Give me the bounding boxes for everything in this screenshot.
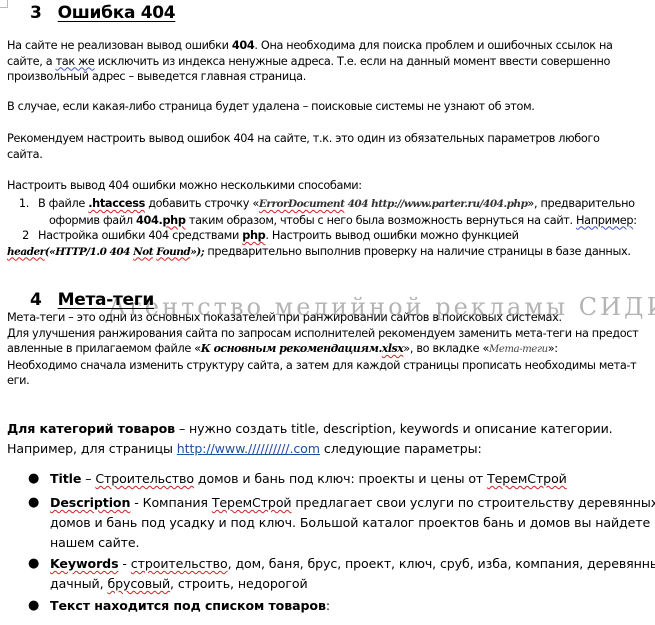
text: - Компания — [130, 495, 211, 510]
spellcheck-word[interactable]: ТеремСтрой — [212, 495, 292, 510]
text: предлагает свои услуги по строительству … — [292, 495, 655, 510]
text-bold[interactable]: Description — [50, 495, 130, 510]
text: Необходимо сначала изменить структуру са… — [7, 359, 636, 372]
text: , дом, баня, брус, проект, ключ, сруб, и… — [228, 556, 655, 571]
text: произвольный адрес – выведется главная с… — [7, 70, 306, 83]
bullet-icon: ● — [28, 471, 39, 486]
text: , строить, недорогой — [170, 576, 308, 591]
text-bold: 404. — [136, 214, 162, 227]
text: авленные в прилагаемом файле « — [7, 342, 201, 355]
code-text[interactable]: Not — [133, 246, 153, 258]
text: домов и бань под ключ: проекты и цены от — [194, 471, 487, 486]
bullet-icon: ● — [28, 598, 39, 613]
bullet-icon: ● — [28, 495, 39, 510]
text-bold: Title — [50, 471, 81, 486]
heading-title: Ошибка 404 — [58, 3, 176, 23]
text-bold: Для категорий товаров — [7, 421, 175, 436]
paragraph: На сайте не реализован вывод ошибки 404.… — [7, 38, 613, 85]
list-item: 1.В файле .htaccess добавить строчку «Er… — [0, 196, 637, 228]
text: На сайте не реализован вывод ошибки — [7, 39, 232, 52]
spellcheck-word[interactable]: ТеремСтрой — [487, 471, 567, 486]
code-text[interactable]: Found — [156, 246, 190, 258]
text: исключить из индекса ненужные адреса. Т.… — [95, 55, 611, 68]
text: домов и бань под усадку и под ключ. Боль… — [50, 515, 655, 530]
text: Рекомендуем настроить вывод ошибок 404 н… — [7, 132, 600, 145]
categories-paragraph: Для категорий товаров – нужно создать ti… — [7, 419, 613, 459]
text: », во вкладке « — [403, 342, 489, 355]
filename-ext[interactable]: xlsx — [382, 342, 404, 355]
spellcheck-word[interactable]: брусовый — [107, 576, 170, 591]
paragraph: Мета-теги – это одни из основных показат… — [7, 310, 638, 389]
text: нашем сайте. — [50, 535, 139, 550]
text: дачный, — [50, 576, 107, 591]
text: », предварительно — [527, 197, 634, 210]
heading-title: Мета-теги — [58, 290, 154, 310]
text: . Она необходима для поиска проблем и ош… — [254, 39, 612, 52]
text: предварительно выполнив проверку на нали… — [204, 245, 630, 258]
code-text[interactable]: header — [7, 246, 45, 258]
text: »: — [548, 342, 558, 355]
grammar-marked-word[interactable]: так же — [56, 55, 95, 68]
text: В файле — [38, 197, 88, 210]
text: оформив файл — [49, 214, 136, 227]
numbered-list: 1.В файле .htaccess добавить строчку «Er… — [0, 196, 637, 260]
list-marker: 1. — [0, 196, 38, 212]
list-item-keywords: Keywords - строительство, дом, баня, бру… — [50, 554, 655, 594]
list-item: 2Настройка ошибки 404 средствами php. На… — [0, 228, 637, 260]
text-bold[interactable]: php — [162, 214, 185, 227]
text: : — [633, 214, 636, 227]
heading-number: 4 — [30, 290, 52, 310]
text: следующие параметры: — [320, 441, 482, 456]
text: Настройка ошибки 404 средствами — [38, 229, 242, 242]
text: – — [81, 471, 95, 486]
text: В случае, если какая-либо страница будет… — [7, 100, 535, 113]
text: Например, для страницы — [7, 441, 177, 456]
list-marker: 2 — [0, 228, 38, 244]
paragraph: Настроить вывод 404 ошибки можно несколь… — [7, 178, 362, 194]
code-text: »); — [190, 246, 204, 258]
text: Для улучшения ранжирования сайта по запр… — [7, 327, 638, 340]
list-item-text: Текст находится под списком товаров: — [50, 596, 330, 616]
spellcheck-word[interactable]: строительство — [131, 556, 228, 571]
text-bold[interactable]: Keywords — [50, 556, 119, 571]
text: Настроить вывод 404 ошибки можно несколь… — [7, 179, 362, 192]
text: добавить строчку « — [145, 197, 259, 210]
code-text[interactable]: ErrorDocument — [259, 198, 345, 210]
text-bold: Текст находится под списком товаров — [50, 598, 326, 613]
code-text: 404 http://www.parter.ru/404.php — [344, 198, 527, 210]
paragraph: В случае, если какая-либо страница будет… — [7, 99, 535, 115]
paragraph: Рекомендуем настроить вывод ошибок 404 н… — [7, 131, 600, 162]
filename-text: К основным рекомендациям. — [201, 342, 382, 355]
heading-number: 3 — [30, 3, 52, 23]
tab-name-text: Мета-теги — [489, 344, 548, 355]
text: : — [326, 598, 330, 613]
grammar-marked-word[interactable]: Например — [576, 214, 633, 227]
section-4-heading: 4 Мета-теги — [30, 290, 154, 310]
text: сайте, а — [7, 55, 56, 68]
text-bold[interactable]: php — [242, 229, 265, 242]
text: . Настроить вывод ошибки можно функцией — [265, 229, 518, 242]
code-text: («HTTP/1.0 404 — [45, 246, 133, 258]
text: - — [119, 556, 131, 571]
text: сайта. — [7, 148, 42, 161]
text: – нужно создать title, description, keyw… — [175, 421, 613, 436]
section-3-heading: 3 Ошибка 404 — [30, 3, 175, 23]
page-corner-mark — [0, 0, 8, 8]
text: Мета-теги – это одни из основных показат… — [7, 311, 562, 324]
text-bold: 404 — [232, 39, 255, 52]
list-item-description: Description - Компания ТеремСтрой предла… — [50, 493, 655, 553]
text: еги. — [7, 374, 29, 387]
spellcheck-word[interactable]: Строительство — [95, 471, 194, 486]
text: таким образом, чтобы с него была возможн… — [186, 214, 576, 227]
example-url-link[interactable]: http://www.//////////.com — [177, 441, 320, 456]
text-bold[interactable]: .htaccess — [88, 197, 145, 210]
list-item-title: Title – Строительство домов и бань под к… — [50, 469, 567, 489]
bullet-icon: ● — [28, 556, 39, 571]
